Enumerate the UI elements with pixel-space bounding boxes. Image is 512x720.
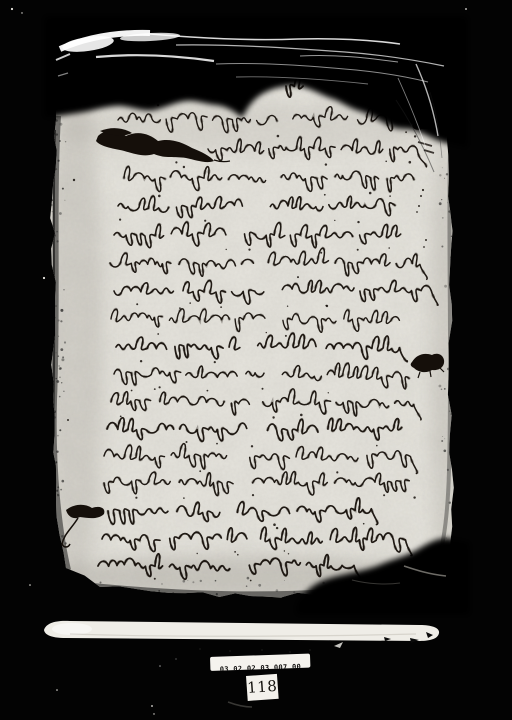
edge-speck [450,256,452,258]
edge-speck [52,211,53,212]
edge-speck [50,198,53,201]
tag-streak [228,702,252,707]
diacritic-dot [405,131,407,133]
diacritic-dot [189,302,191,304]
diacritic-dot [272,416,274,418]
edge-speck [215,580,217,582]
edge-speck [247,577,250,580]
edge-speck [65,542,67,544]
diacritic-dot [199,470,201,472]
edge-speck [59,429,61,431]
edge-speck [234,594,236,596]
edge-speck [61,382,62,383]
edge-speck [50,547,51,548]
edge-speck [81,587,83,589]
edge-speck [100,582,102,584]
strip-body [44,621,439,641]
edge-speck [442,167,443,168]
diacritic-dot [324,194,326,196]
diacritic-dot [159,386,161,388]
edge-speck [55,119,58,122]
diacritic-dot [277,135,280,138]
diacritic-dot [357,249,359,251]
edge-speck [63,289,64,290]
diacritic-dot [383,494,385,496]
edge-speck [441,440,443,442]
diacritic-dot [135,497,137,499]
diacritic-dot [414,135,416,137]
edge-speck [57,494,59,496]
edge-speck [246,585,248,587]
edge-speck [258,584,261,587]
edge-speck [51,498,54,501]
label-corner-tick [334,642,343,648]
edge-speck [58,160,60,162]
edge-speck [56,168,57,169]
edge-speck [60,123,63,126]
edge-speck [450,413,452,415]
diacritic-dot [120,416,122,418]
edge-speck [153,594,154,595]
edge-speck [50,204,53,207]
edge-speck [57,240,59,242]
edge-speck [62,480,65,483]
edge-speck [51,549,53,551]
diacritic-dot [336,471,338,473]
edge-speck [447,368,450,371]
edge-speck [158,590,160,592]
edge-speck [60,367,62,369]
edge-speck [444,178,445,179]
edge-speck [64,341,66,343]
edge-speck [56,490,58,492]
edge-speck [52,137,54,139]
diacritic-dot [131,390,133,392]
edge-speck [200,580,202,582]
edge-speck [172,592,174,594]
edge-speck [56,451,58,453]
edge-speck [60,348,63,351]
edge-speck [65,141,66,142]
edge-speck [451,236,452,237]
diacritic-dot [389,195,391,197]
diacritic-dot [320,252,322,254]
edge-speck [56,380,59,383]
diacritic-dot [186,441,188,443]
diacritic-dot [334,220,335,221]
edge-speck [59,377,60,378]
diacritic-dot [385,161,387,163]
edge-speck [52,451,53,452]
diacritic-dot [284,550,285,551]
edge-speck [62,356,64,358]
edge-speck [59,140,61,142]
edge-speck [51,149,53,151]
edge-speck [441,199,442,200]
diacritic-dot [237,554,239,556]
edge-speck [56,133,58,135]
edge-speck [449,502,451,504]
edge-speck [444,285,447,288]
diacritic-dot [119,219,121,221]
diacritic-dot [157,333,159,335]
diacritic-dot [234,551,236,553]
edge-speck [448,210,450,212]
edge-speck [444,388,446,390]
edge-speck [61,535,64,538]
diacritic-dot [266,332,267,333]
edge-speck [284,580,285,581]
edge-speck [216,593,218,595]
edge-speck [439,385,442,388]
diacritic-dot [207,390,209,392]
diacritic-dot [251,445,253,447]
edge-speck [192,581,194,583]
diacritic-dot [288,553,289,554]
diacritic-dot [325,163,327,165]
edge-speck [183,580,186,583]
diacritic-dot [300,414,303,417]
diacritic-dot [220,306,222,308]
diacritic-dot [276,527,278,529]
diacritic-dot [409,161,412,164]
edge-speck [127,591,130,594]
manuscript-photo-canvas [0,0,512,720]
edge-speck [60,309,63,312]
edge-speck [51,422,53,424]
diacritic-dot [154,388,156,390]
edge-speck [53,410,56,413]
edge-speck [54,234,56,236]
edge-speck [63,391,64,392]
diacritic-dot [250,580,252,582]
edge-speck [53,416,56,419]
diacritic-dot [357,221,359,223]
edge-speck [161,583,162,584]
edge-speck [51,169,52,170]
edge-speck [51,199,53,201]
edge-speck [56,352,57,353]
diacritic-dot [388,247,390,249]
edge-speck [74,586,75,587]
diacritic-dot [285,335,287,337]
edge-speck [446,173,448,175]
edge-speck [73,585,75,587]
edge-speck [62,188,64,190]
edge-speck [447,469,449,471]
edge-speck [50,379,51,380]
diacritic-dot [348,362,350,364]
edge-speck [104,590,106,592]
edge-speck [53,119,54,120]
edge-speck [59,212,62,215]
edge-speck [58,320,60,322]
edge-speck [449,411,450,412]
edge-speck [61,358,64,361]
edge-speck [61,567,63,569]
edge-speck [50,483,51,484]
diacritic-dot [262,388,264,390]
strip-bright-end [52,623,92,635]
diacritic-dot [273,523,276,526]
edge-speck [64,200,65,201]
diacritic-dot [183,166,185,168]
diacritic-dot [413,496,415,498]
diacritic-dot [323,412,325,414]
edge-speck [444,438,445,439]
edge-speck [59,365,60,366]
edge-speck [54,317,55,318]
diacritic-dot [158,195,161,198]
diacritic-dot [287,306,288,307]
edge-speck [53,203,54,204]
edge-speck [442,217,444,219]
left-edge-rim-2 [53,130,55,430]
diacritic-dot [326,305,328,307]
diacritic-dot [136,303,138,305]
diacritic-dot [252,494,254,496]
edge-speck [441,246,443,248]
edge-speck [439,202,442,205]
archival-photo: 03 02 02 03 007 00 118 [0,0,512,720]
diacritic-dot [328,392,329,393]
page-number: 118 [247,677,278,697]
edge-speck [55,305,57,307]
edge-speck [56,378,57,379]
diacritic-dot [175,161,177,163]
edge-speck [276,589,279,592]
diacritic-dot [216,443,218,445]
edge-speck [52,151,53,152]
page-number-tag: 118 [246,674,279,701]
edge-speck [444,450,447,453]
edge-speck [450,387,452,389]
diacritic-dot [226,249,227,250]
edge-speck [187,580,188,581]
diacritic-dot [363,523,365,525]
edge-speck [58,336,59,337]
edge-speck [56,231,58,233]
edge-speck [53,159,54,160]
diacritic-dot [369,192,372,195]
strip-under-speckles [199,648,310,652]
edge-speck [447,202,448,203]
edge-speck [58,355,60,357]
edge-speck [57,435,59,437]
diacritic-dot [214,361,216,363]
paper-strip [44,621,439,653]
edge-speck [60,489,62,491]
edge-speck [449,369,452,372]
edge-speck [53,530,55,532]
diacritic-dot [248,249,250,251]
diacritic-dot [154,578,156,580]
edge-speck [59,396,61,398]
edge-speck [55,461,57,463]
diacritic-dot [183,497,185,499]
diacritic-dot [376,445,378,447]
diacritic-dot [297,276,299,278]
diacritic-dot [204,220,206,222]
edge-speck [128,588,130,590]
edge-speck [60,320,62,322]
edge-speck [52,291,55,294]
edge-speck [439,174,441,176]
diacritic-dot [179,307,181,309]
edge-speck [441,389,443,391]
edge-speck [442,436,443,437]
right-margin-shade [431,130,459,570]
diacritic-dot [197,553,198,554]
diacritic-dot [140,360,142,362]
edge-speck [57,486,59,488]
edge-speck [293,591,295,593]
